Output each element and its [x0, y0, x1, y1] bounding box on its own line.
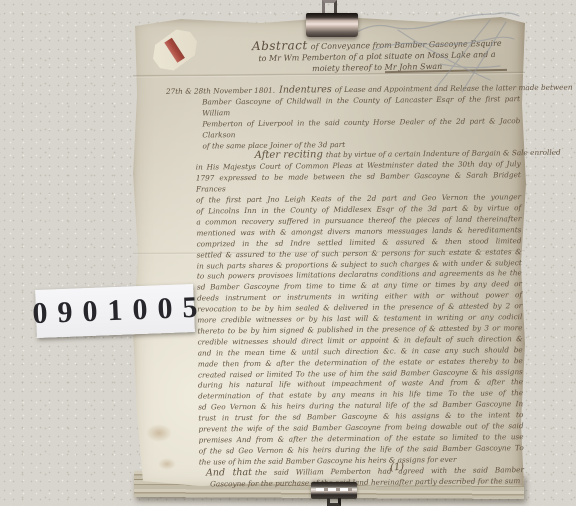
recital-lines: in His Majestys Court of Common Pleas at… — [167, 159, 524, 468]
archive-number-label: 0901005 — [35, 284, 195, 338]
page-number: (1) — [390, 462, 405, 474]
binder-clip-bottom-highlight — [316, 488, 352, 491]
pencil-scribble — [340, 12, 545, 97]
binder-clip-top — [306, 13, 358, 37]
photograph-of-manuscript: Abstractof Conveyance from Bamber Gascoy… — [0, 0, 576, 506]
and-that-keyword: And that — [206, 467, 252, 478]
archive-number: 0901005 — [22, 290, 208, 331]
heading-keyword: Abstract — [252, 38, 308, 53]
date-entry-lines: Bamber Gascoyne of Childwall in the Coun… — [166, 94, 521, 152]
after-reciting-keyword: After reciting — [255, 150, 323, 162]
indentures-keyword: Indentures — [279, 84, 332, 96]
recital-first-line-text: that by virtue of a certain Indenture of… — [326, 148, 561, 159]
tag-red-stripe — [164, 38, 185, 63]
marginal-date: 27th & 28th November 1801. — [166, 86, 275, 96]
manuscript-body-text: 27th & 28th November 1801.Indenturesof L… — [166, 83, 524, 490]
binder-clip-handle-bottom — [327, 498, 341, 506]
